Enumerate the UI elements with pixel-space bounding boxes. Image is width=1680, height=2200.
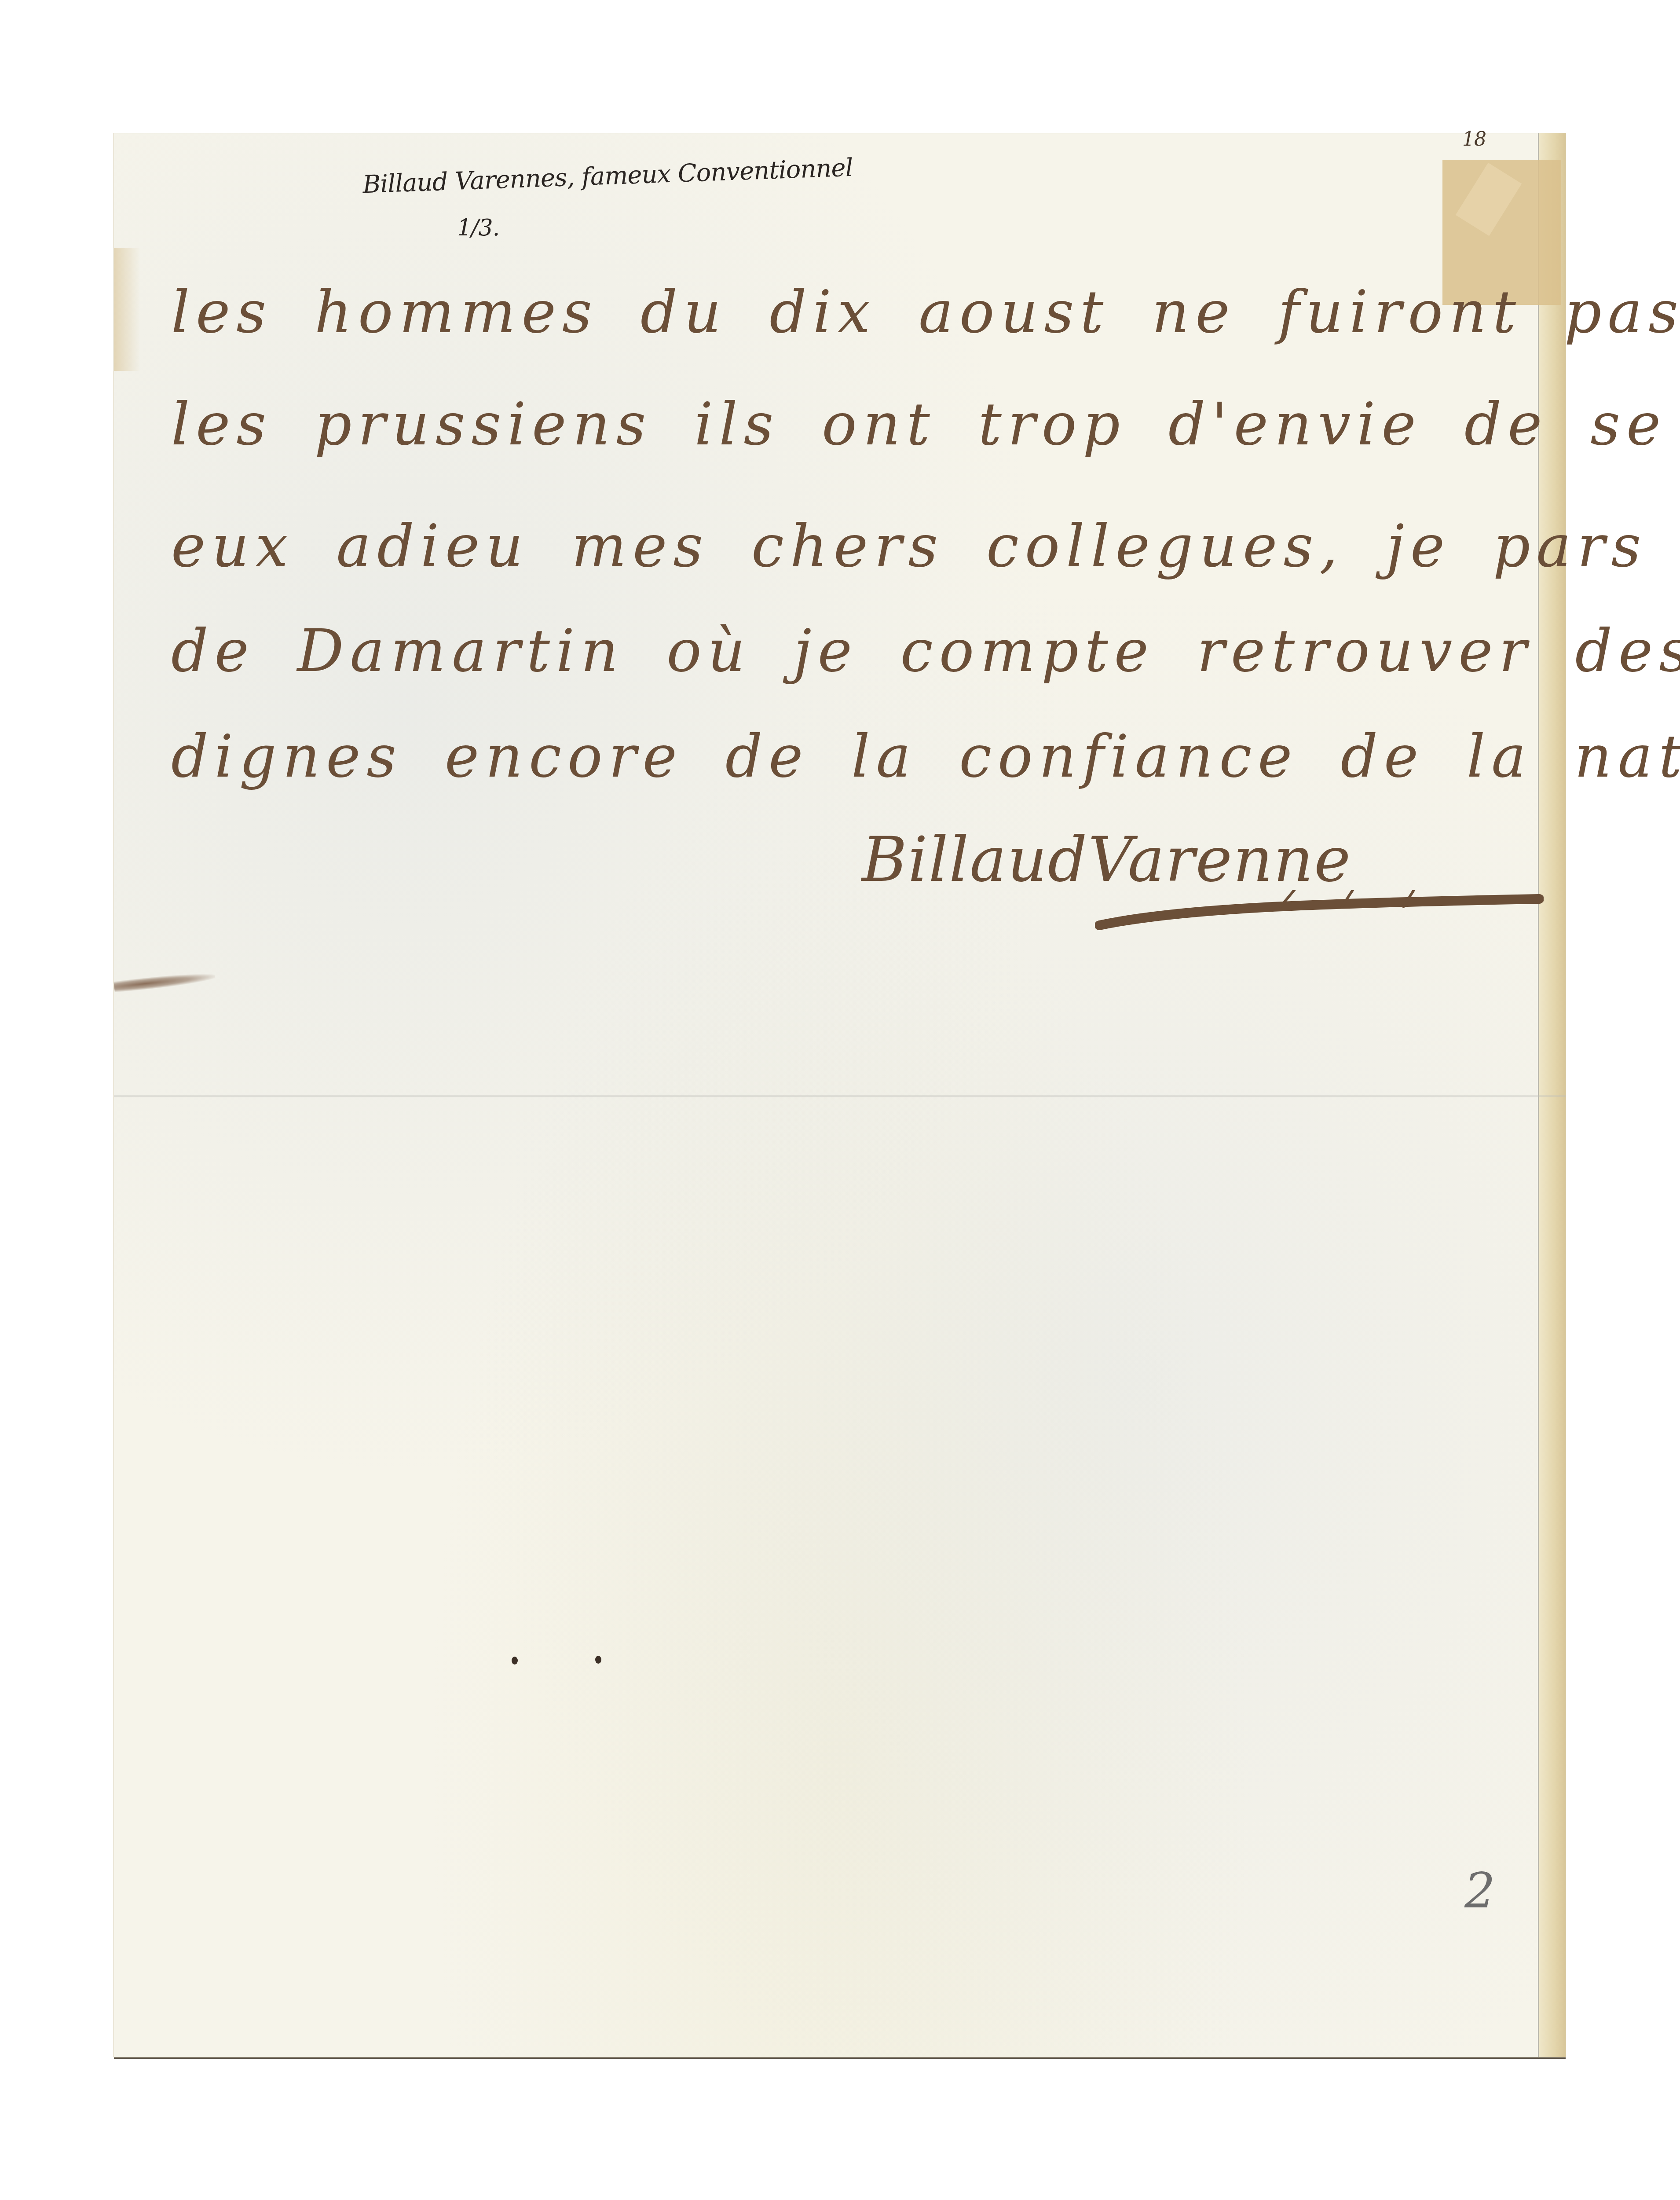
ink-dot	[595, 1656, 601, 1664]
letter-page: 18 Billaud Varennes, fameux Conventionne…	[114, 133, 1566, 2057]
letter-line-3: eux adieu mes chers collegues, je pars p…	[171, 513, 1680, 580]
pencil-page-number: 2	[1464, 1863, 1495, 1919]
letter-line-4: de Damartin où je compte retrouver des h…	[171, 617, 1680, 685]
horizontal-fold-line	[114, 1095, 1566, 1097]
signature: BillaudVarenne	[862, 824, 1351, 896]
ink-stain	[113, 971, 215, 993]
signature-paraph-flourish	[1095, 890, 1544, 932]
ink-dot	[512, 1657, 518, 1665]
archival-note-number: 1/3.	[457, 215, 499, 241]
letter-line-1: les hommes du dix aoust ne fuiront pas d…	[171, 279, 1680, 346]
top-corner-mark: 18	[1462, 128, 1486, 150]
letter-line-5: dignes encore de la confiance de la nati…	[171, 723, 1680, 791]
letter-line-2: les prussiens ils ont trop d'envie de se…	[171, 391, 1680, 458]
archival-note-heading: Billaud Varennes, fameux Conventionnel	[362, 154, 853, 199]
edge-discoloration	[114, 248, 140, 371]
